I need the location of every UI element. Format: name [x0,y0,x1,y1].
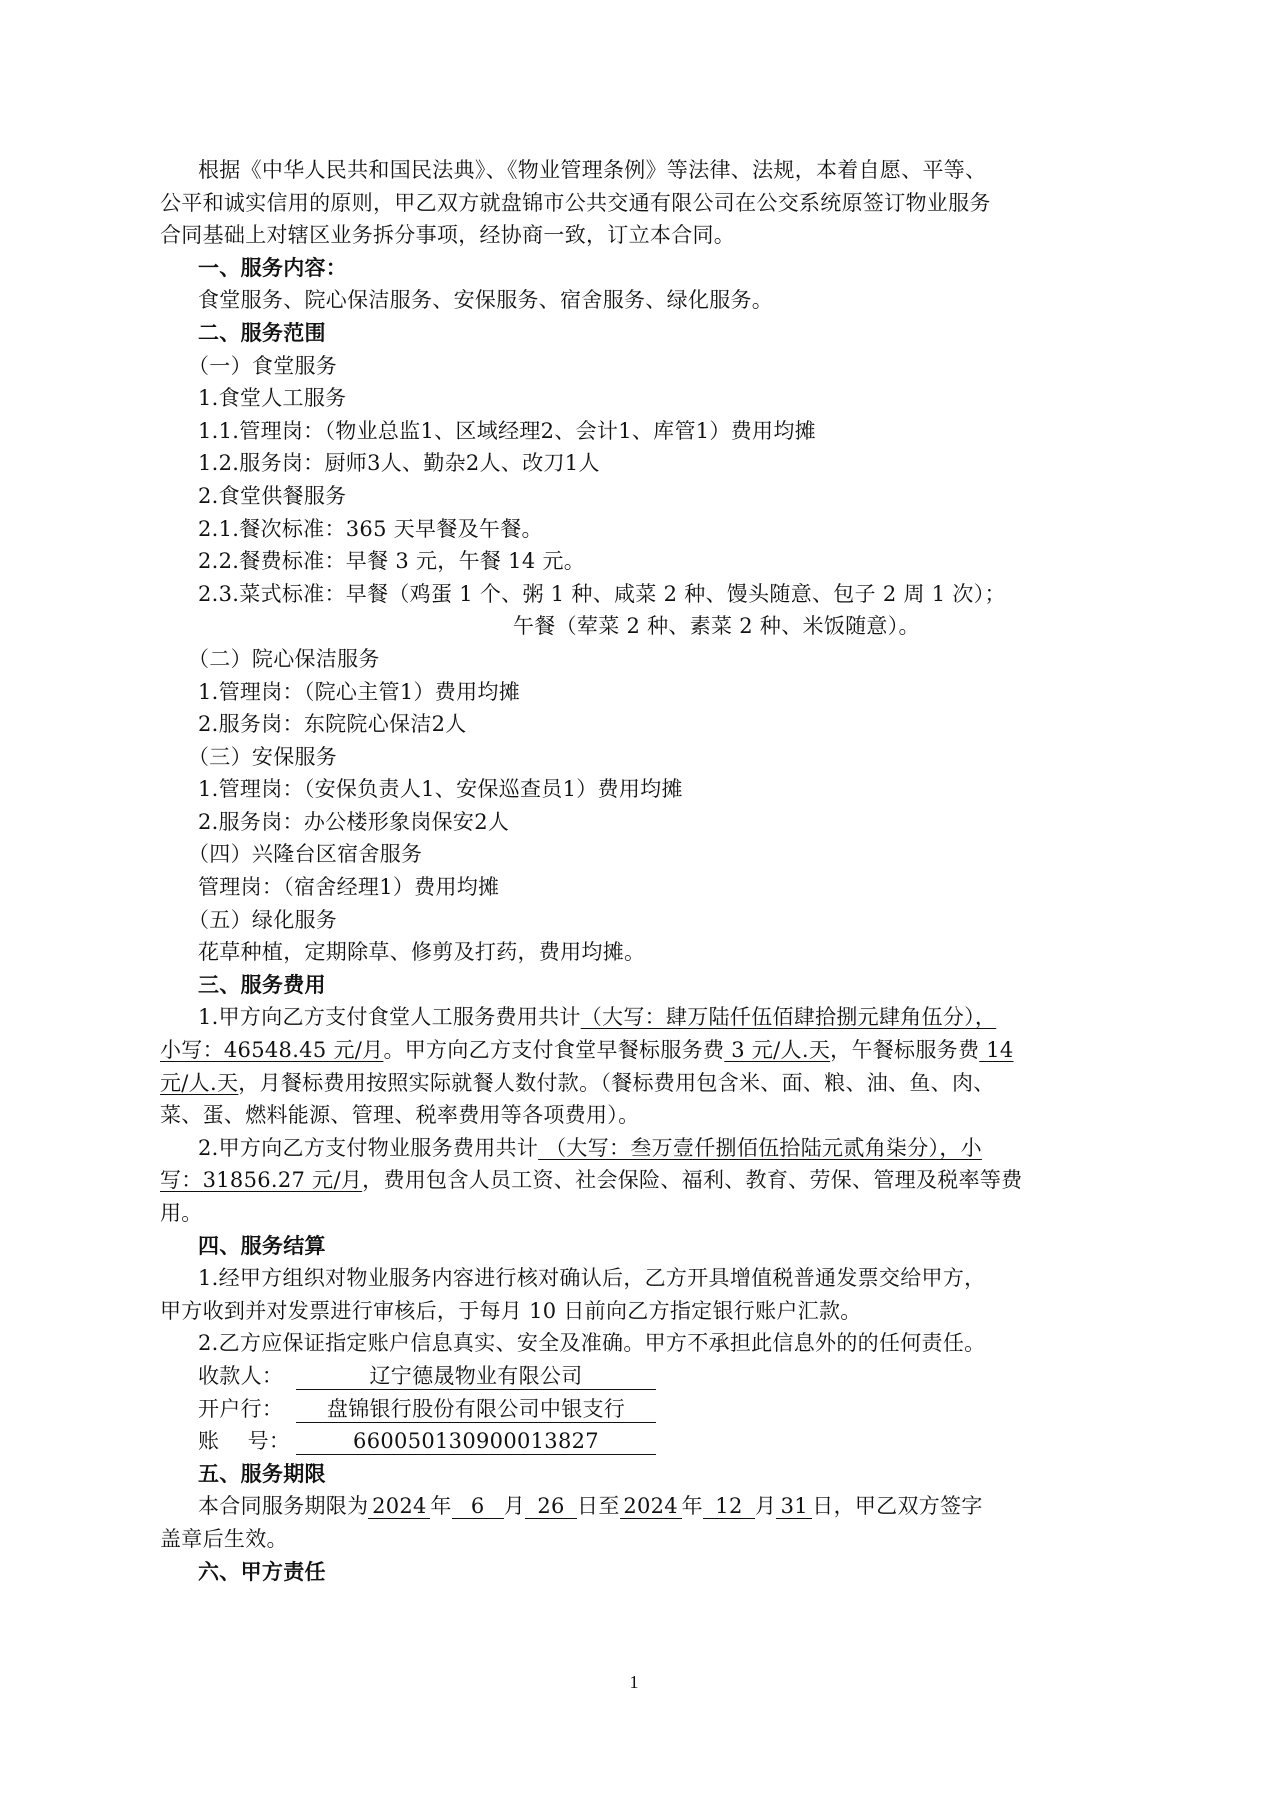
end-year: 2024 [620,1494,682,1519]
fee-item-1-line-3: 元/人.天，月餐标费用按照实际就餐人数付款。（餐标费用包含米、面、粮、油、鱼、肉… [160,1067,1150,1100]
preamble-line-1: 根据《中华人民共和国民法典》、《物业管理条例》等法律、法规，本着自愿、平等、 [160,154,1150,187]
canteen-labor-service: 1.2.服务岗：厨师3人、勤杂2人、改刀1人 [160,447,1150,480]
fee-item-1-mid-2: ，午餐标服务费 [830,1038,979,1062]
payee-value: 辽宁德晟物业有限公司 [296,1363,656,1390]
security-service: 2.服务岗：办公楼形象岗保安2人 [160,806,1150,839]
fee-item-1-mid-1: 。甲方向乙方支付食堂早餐标服务费 [383,1038,724,1062]
section-6-heading: 六、甲方责任 [160,1556,1150,1589]
lunch-fee-part-1: 14 [979,1038,1013,1062]
to-label: 日至 [577,1494,620,1518]
cleaning-service: 2.服务岗：东院院心保洁2人 [160,708,1150,741]
breakfast-fee: 3 元/人.天 [724,1038,830,1062]
lunch-fee-part-2: 元/人.天 [160,1071,238,1095]
fee-item-1-line-3-rest: ，月餐标费用按照实际就餐人数付款。（餐标费用包含米、面、粮、油、鱼、肉、 [238,1071,994,1095]
term-line-1: 本合同服务期限为2024年6月26日至2024年12月31日，甲乙双方签字 [160,1490,1150,1523]
account-label: 账 号： [198,1425,296,1458]
settlement-item-1-line-1: 1.经甲方组织对物业服务内容进行核对确认后，乙方开具增值税普通发票交给甲方， [160,1262,1150,1295]
fee-item-1-line-4: 菜、蛋、燃料能源、管理、税率费用等各项费用）。 [160,1099,1150,1132]
term-suffix: ，甲乙双方签字 [834,1494,983,1518]
end-month-label: 月 [755,1494,776,1518]
section-2-heading: 二、服务范围 [160,317,1150,350]
contract-page: 根据《中华人民共和国民法典》、《物业管理条例》等法律、法规，本着自愿、平等、 公… [160,154,1150,1588]
end-day-label: 日 [812,1494,833,1518]
account-row: 账 号： 660050130900013827 [160,1425,1150,1458]
start-year: 2024 [368,1494,430,1519]
bank-label: 开户行： [198,1393,296,1426]
greening-body: 花草种植，定期除草、修剪及打药，费用均摊。 [160,936,1150,969]
preamble-line-3: 合同基础上对辖区业务拆分事项，经协商一致，订立本合同。 [160,219,1150,252]
dormitory-title: （四）兴隆台区宿舍服务 [160,838,1150,871]
bank-row: 开户行： 盘锦银行股份有限公司中银支行 [160,1393,1150,1426]
security-title: （三）安保服务 [160,741,1150,774]
end-day: 31 [776,1494,812,1519]
start-month-label: 月 [504,1494,525,1518]
payee-label: 收款人： [198,1360,296,1393]
canteen-meal-times: 2.1.餐次标准：365 天早餐及午餐。 [160,513,1150,546]
canteen-meal-title: 2.食堂供餐服务 [160,480,1150,513]
canteen-menu-breakfast: 2.3.菜式标准：早餐（鸡蛋 1 个、粥 1 种、咸菜 2 种、馒头随意、包子 … [160,578,1150,611]
fee-item-2-line-3: 用。 [160,1197,1150,1230]
page-number: 1 [0,1672,1268,1693]
fee-item-2-line-2-rest: ，费用包含人员工资、社会保险、福利、教育、劳保、管理及税率等费 [362,1168,1022,1192]
term-line-2: 盖章后生效。 [160,1523,1150,1556]
end-year-label: 年 [682,1494,703,1518]
greening-title: （五）绿化服务 [160,904,1150,937]
canteen-menu-lunch: 午餐（荤菜 2 种、素菜 2 种、米饭随意）。 [160,610,1150,643]
bank-value: 盘锦银行股份有限公司中银支行 [296,1396,656,1423]
section-5-heading: 五、服务期限 [160,1458,1150,1491]
canteen-labor-title: 1.食堂人工服务 [160,382,1150,415]
section-1-body: 食堂服务、院心保洁服务、安保服务、宿舍服务、绿化服务。 [160,284,1150,317]
canteen-title: （一）食堂服务 [160,350,1150,383]
term-prefix: 本合同服务期限为 [198,1494,368,1518]
start-day: 26 [525,1494,577,1519]
canteen-labor-fee-words: （大写：肆万陆仟伍佰肆拾捌元肆角伍分）， [581,1005,997,1029]
fee-item-1-line-2: 小写：46548.45 元/月。甲方向乙方支付食堂早餐标服务费 3 元/人.天，… [160,1034,1150,1067]
fee-item-1-line-1: 1.甲方向乙方支付食堂人工服务费用共计（大写：肆万陆仟伍佰肆拾捌元肆角伍分）， [160,1001,1150,1034]
canteen-meal-fees: 2.2.餐费标准：早餐 3 元，午餐 14 元。 [160,545,1150,578]
property-fee-words: （大写：叁万壹仟捌佰伍拾陆元贰角柒分），小 [538,1136,982,1160]
start-month: 6 [452,1494,504,1519]
cleaning-mgmt: 1.管理岗：（院心主管1）费用均摊 [160,676,1150,709]
preamble-line-2: 公平和诚实信用的原则，甲乙双方就盘锦市公共交通有限公司在公交系统原签订物业服务 [160,187,1150,220]
fee-item-2-line-2: 写：31856.27 元/月，费用包含人员工资、社会保险、福利、教育、劳保、管理… [160,1164,1150,1197]
property-fee-digits: 写：31856.27 元/月 [160,1168,362,1192]
section-3-heading: 三、服务费用 [160,969,1150,1002]
cleaning-title: （二）院心保洁服务 [160,643,1150,676]
fee-item-1-prefix: 1.甲方向乙方支付食堂人工服务费用共计 [198,1005,581,1029]
section-4-heading: 四、服务结算 [160,1230,1150,1263]
canteen-labor-mgmt: 1.1.管理岗：（物业总监1、区域经理2、会计1、库管1）费用均摊 [160,415,1150,448]
security-mgmt: 1.管理岗：（安保负责人1、安保巡查员1）费用均摊 [160,773,1150,806]
start-year-label: 年 [430,1494,451,1518]
payee-row: 收款人： 辽宁德晟物业有限公司 [160,1360,1150,1393]
end-month: 12 [703,1494,755,1519]
canteen-labor-fee-digits: 小写：46548.45 元/月 [160,1038,383,1062]
settlement-item-1-line-2: 甲方收到并对发票进行审核后，于每月 10 日前向乙方指定银行账户汇款。 [160,1295,1150,1328]
section-1-heading: 一、服务内容： [160,252,1150,285]
dormitory-mgmt: 管理岗：（宿舍经理1）费用均摊 [160,871,1150,904]
account-value: 660050130900013827 [296,1428,656,1455]
settlement-item-2: 2.乙方应保证指定账户信息真实、安全及准确。甲方不承担此信息外的的任何责任。 [160,1327,1150,1360]
fee-item-2-line-1: 2.甲方向乙方支付物业服务费用共计 （大写：叁万壹仟捌佰伍拾陆元贰角柒分），小 [160,1132,1150,1165]
fee-item-2-prefix: 2.甲方向乙方支付物业服务费用共计 [198,1136,538,1160]
